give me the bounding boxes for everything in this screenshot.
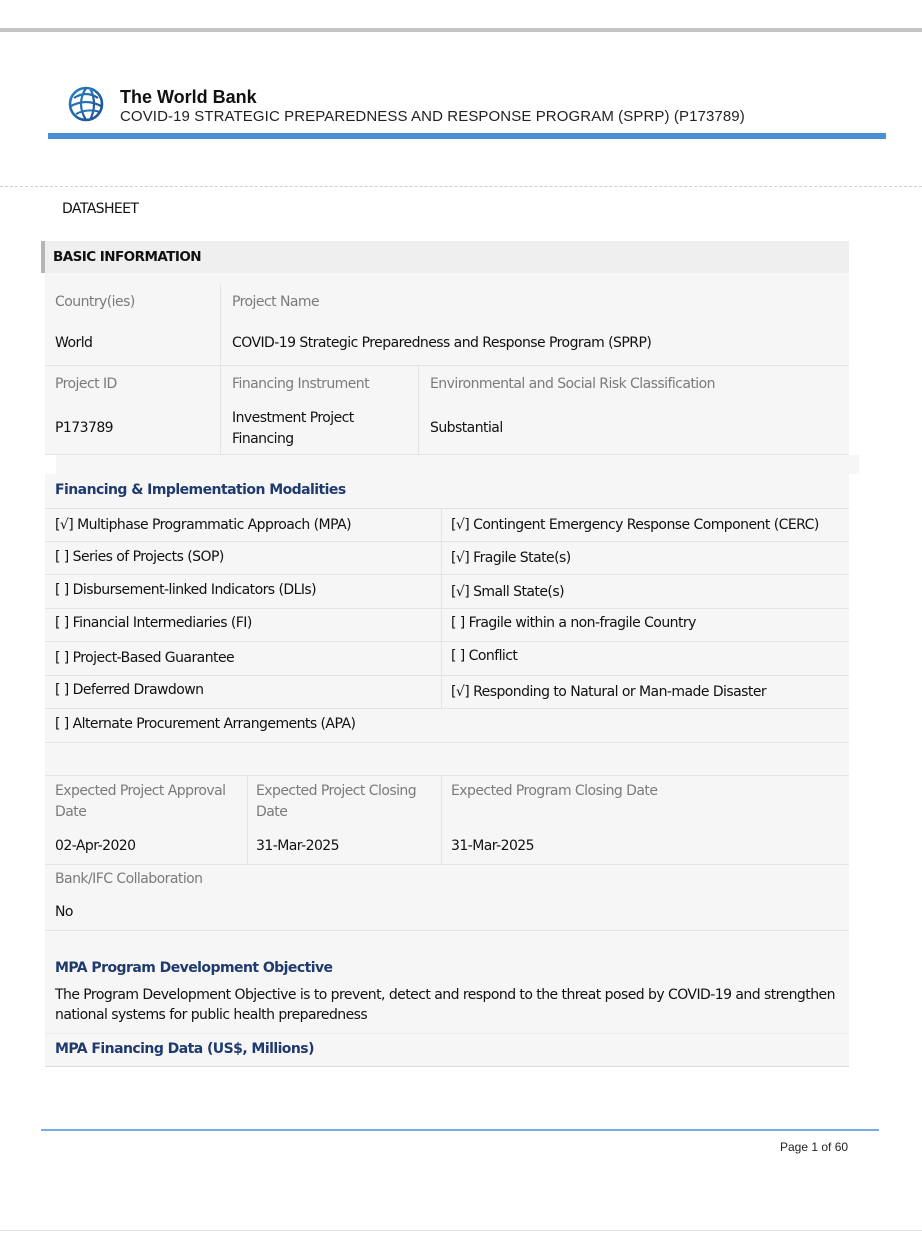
country-label: Country(ies) — [55, 292, 135, 313]
program-closing-value: 31-Mar-2025 — [451, 836, 534, 857]
modality-fragile-state: [√] Fragile State(s) — [451, 550, 571, 566]
collaboration-label: Bank/IFC Collaboration — [55, 869, 203, 890]
divider — [45, 675, 849, 676]
divider — [45, 930, 849, 931]
org-name: The World Bank — [120, 87, 257, 108]
divider — [45, 365, 849, 366]
page-break-divider — [0, 186, 922, 187]
country-value: World — [55, 333, 92, 354]
footer-rule — [41, 1129, 879, 1131]
objective-text: The Program Development Objective is to … — [55, 985, 835, 1025]
divider — [45, 864, 849, 865]
divider — [45, 1033, 849, 1034]
panel-spacer — [56, 455, 859, 474]
divider — [418, 366, 419, 455]
project-closing-label-line1: Expected Project Closing — [256, 781, 416, 802]
divider — [45, 742, 849, 743]
divider — [45, 708, 849, 709]
modality-mpa: [√] Multiphase Programmatic Approach (MP… — [55, 517, 351, 533]
financing-data-title: MPA Financing Data (US$, Millions) — [55, 1041, 314, 1057]
globe-icon — [68, 86, 104, 122]
modality-small-state: [√] Small State(s) — [451, 584, 564, 600]
document-title: COVID-19 STRATEGIC PREPAREDNESS AND RESP… — [120, 108, 745, 125]
modality-pbg: [ ] Project-Based Guarantee — [55, 650, 234, 666]
objective-title: MPA Program Development Objective — [55, 960, 333, 976]
divider — [247, 776, 248, 864]
financing-instrument-value-line2: Financing — [232, 429, 294, 450]
financing-instrument-value-line1: Investment Project — [232, 408, 354, 429]
project-name-value: COVID-19 Strategic Preparedness and Resp… — [232, 333, 651, 354]
divider — [45, 454, 849, 455]
project-name-label: Project Name — [232, 292, 319, 313]
divider — [45, 775, 849, 776]
es-risk-label: Environmental and Social Risk Classifica… — [430, 374, 715, 395]
project-id-label: Project ID — [55, 374, 117, 395]
datasheet-title: DATASHEET — [62, 201, 138, 217]
divider — [220, 284, 221, 365]
modality-apa: [ ] Alternate Procurement Arrangements (… — [55, 716, 355, 732]
project-closing-value: 31-Mar-2025 — [256, 836, 339, 857]
collaboration-value: No — [55, 902, 73, 923]
header-accent-bar — [48, 133, 886, 139]
page-number: Page 1 of 60 — [780, 1140, 848, 1154]
project-id-value: P173789 — [55, 418, 113, 439]
section-title: BASIC INFORMATION — [53, 249, 201, 265]
modality-disaster: [√] Responding to Natural or Man-made Di… — [451, 684, 766, 700]
viewer-top-border — [0, 28, 922, 32]
program-closing-label: Expected Program Closing Date — [451, 781, 657, 802]
divider — [45, 1066, 849, 1067]
divider — [45, 541, 849, 542]
modality-sop: [ ] Series of Projects (SOP) — [55, 549, 224, 565]
approval-date-label-line2: Date — [55, 802, 86, 823]
divider — [45, 508, 849, 509]
divider — [45, 608, 849, 609]
divider — [441, 509, 442, 708]
basic-information-header: BASIC INFORMATION — [41, 241, 849, 273]
viewer-bottom-border — [0, 1230, 922, 1231]
approval-date-label-line1: Expected Project Approval — [55, 781, 226, 802]
modality-cerc: [√] Contingent Emergency Response Compon… — [451, 517, 819, 533]
approval-date-value: 02-Apr-2020 — [55, 836, 136, 857]
modality-dli: [ ] Disbursement-linked Indicators (DLIs… — [55, 582, 316, 598]
divider — [441, 776, 442, 864]
modality-fi: [ ] Financial Intermediaries (FI) — [55, 615, 252, 631]
divider — [45, 574, 849, 575]
modalities-title: Financing & Implementation Modalities — [55, 482, 346, 498]
modality-fragile-within: [ ] Fragile within a non-fragile Country — [451, 615, 696, 631]
es-risk-value: Substantial — [430, 418, 503, 439]
modality-conflict: [ ] Conflict — [451, 648, 517, 664]
modality-deferred-drawdown: [ ] Deferred Drawdown — [55, 682, 203, 698]
project-closing-label-line2: Date — [256, 802, 287, 823]
financing-instrument-label: Financing Instrument — [232, 374, 369, 395]
divider — [45, 641, 849, 642]
divider — [220, 366, 221, 455]
